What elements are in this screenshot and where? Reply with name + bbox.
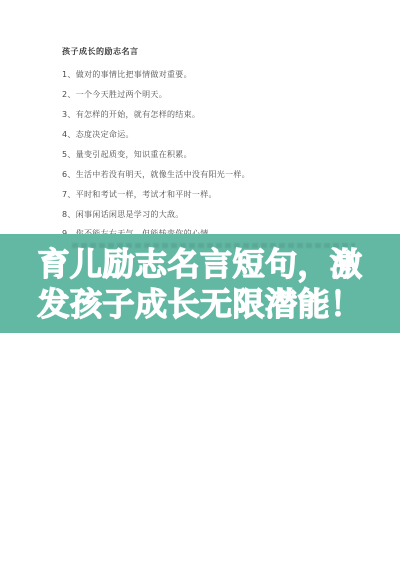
quote-item-3: 3、有怎样的开始，就有怎样的结束。	[62, 109, 200, 121]
quote-item-8: 8、闲事闲话闲思是学习的大敌。	[62, 209, 184, 221]
quote-item-4: 4、态度决定命运。	[62, 129, 134, 141]
document-title: 孩子成长的励志名言	[62, 46, 139, 58]
quote-item-7: 7、平时和考试一样，考试才和平时一样。	[62, 189, 217, 201]
ghost-text-artifact	[72, 243, 355, 248]
quote-item-1: 1、做对的事情比把事情做对重要。	[62, 69, 192, 81]
quote-item-5: 5、量变引起质变，知识重在积累。	[62, 149, 192, 161]
title-banner: 育儿励志名言短句，激 发孩子成长无限潜能！	[0, 234, 400, 333]
banner-title-line1: 育儿励志名言短句，激	[37, 244, 362, 284]
quote-item-2: 2、一个今天胜过两个明天。	[62, 89, 167, 101]
banner-title-line2: 发孩子成长无限潜能！	[37, 284, 362, 324]
article-page: 孩子成长的励志名言 1、做对的事情比把事情做对重要。 2、一个今天胜过两个明天。…	[0, 0, 400, 566]
quote-item-6: 6、生活中若没有明天，就像生活中没有阳光一样。	[62, 169, 250, 181]
